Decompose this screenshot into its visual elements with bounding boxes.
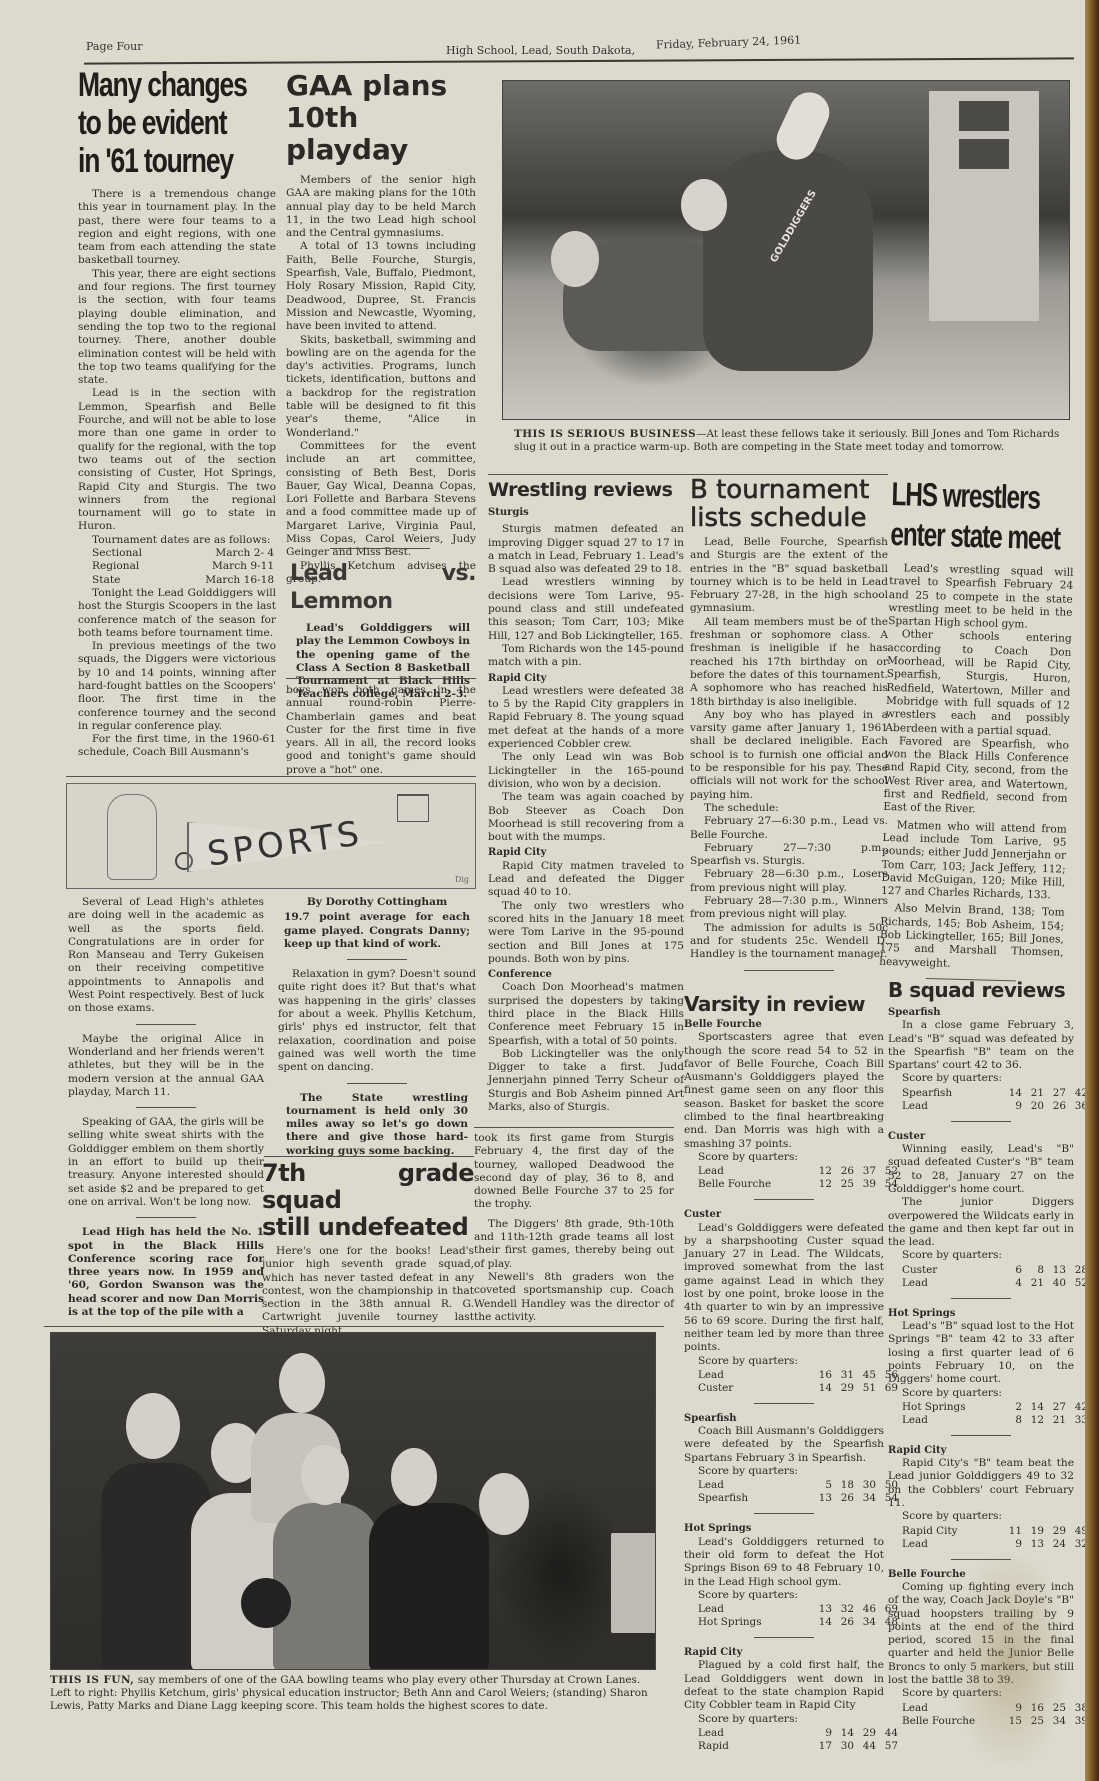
- section-title: Conference: [488, 968, 684, 981]
- q1: 6: [1000, 1264, 1022, 1277]
- team-label: Lead: [902, 1702, 928, 1714]
- game-title: Spearfish: [888, 1006, 1074, 1019]
- q3: 21: [1044, 1414, 1066, 1427]
- paragraph: For the first time, in the 1960-61 sched…: [78, 733, 276, 760]
- table-row: Spearfish14212742: [902, 1087, 1088, 1100]
- paragraph: The schedule:: [690, 802, 888, 815]
- q1: 9: [1000, 1538, 1022, 1551]
- q1: 5: [810, 1479, 832, 1492]
- byline: By Dorothy Cottingham: [278, 896, 476, 909]
- person-face: [479, 1473, 529, 1535]
- paragraph: Sturgis matmen defeated an improving Dig…: [488, 523, 684, 576]
- score-label: Score by quarters:: [684, 1465, 884, 1478]
- gym-door: [929, 91, 1039, 321]
- paragraph: Here's one for the books! Lead's junior …: [262, 1245, 474, 1338]
- paragraph: Rapid City matmen traveled to Lead and d…: [488, 860, 684, 900]
- page-number: Page Four: [86, 40, 143, 53]
- paragraph: 19.7 point average for each game played.…: [278, 909, 476, 951]
- team-name: Lead: [902, 1100, 1000, 1113]
- paragraph: Any boy who has played in a varsity game…: [690, 709, 888, 802]
- q3: 44: [854, 1740, 876, 1753]
- paragraph: In a close game February 3, Lead's "B" s…: [888, 1019, 1074, 1072]
- divider: [951, 1298, 1011, 1299]
- paragraph: Maybe the original Alice in Wonderland a…: [68, 1033, 264, 1099]
- divider: [44, 1326, 664, 1327]
- divider: [474, 1127, 674, 1128]
- q1: 17: [810, 1740, 832, 1753]
- schedule-item: February 28—6:30 p.m., Losers from previ…: [690, 868, 888, 895]
- q2: 32: [832, 1603, 854, 1616]
- article-b-tournament: B tournament lists schedule Lead, Belle …: [690, 476, 888, 979]
- team-name: Lead: [902, 1538, 1000, 1551]
- headline-line: Many changes: [78, 66, 281, 104]
- table-row: Lead16314556: [698, 1369, 898, 1382]
- q4: 57: [876, 1740, 898, 1753]
- team-label: Lead: [698, 1727, 724, 1739]
- paragraph: Newell's 8th graders won the coveted spo…: [474, 1271, 674, 1324]
- paragraph: The admission for adults is 50c and for …: [690, 922, 888, 962]
- paragraph: Lead wrestlers were defeated 38 to 5 by …: [488, 685, 684, 751]
- schedule-item: February 27—6:30 p.m., Lead vs. Belle Fo…: [690, 815, 888, 842]
- team-label: Custer: [902, 1264, 937, 1276]
- headline-b-tournament: B tournament lists schedule: [690, 476, 888, 532]
- divider: [754, 1637, 814, 1638]
- team-name: Belle Fourche: [902, 1715, 1000, 1728]
- sports-column-banner: SPORTS Dig: [66, 783, 476, 889]
- q1: 2: [1000, 1401, 1022, 1414]
- team-name: Lead: [698, 1727, 810, 1740]
- q3: 24: [1044, 1538, 1066, 1551]
- q2: 14: [1022, 1401, 1044, 1414]
- divider: [754, 1403, 814, 1404]
- artist-signature: Dig: [455, 875, 469, 884]
- sports-banner-text: SPORTS: [205, 813, 365, 874]
- q3: 34: [854, 1492, 876, 1505]
- divider: [754, 1199, 814, 1200]
- divider: [136, 1217, 196, 1218]
- q2: 12: [1022, 1414, 1044, 1427]
- table-row: Spearfish13263454: [698, 1492, 898, 1505]
- bowling-photo-caption: THIS IS FUN, say members of one of the G…: [50, 1674, 656, 1713]
- team-label: Lead: [698, 1603, 724, 1615]
- q3: 51: [854, 1382, 876, 1395]
- q2: 29: [832, 1382, 854, 1395]
- headline-seventh-grade: 7th grade squad still undefeated: [262, 1160, 474, 1241]
- q2: 26: [832, 1492, 854, 1505]
- divider: [330, 548, 430, 549]
- table-row: Belle Fourche15253439: [902, 1715, 1088, 1728]
- paragraph: Relaxation in gym? Doesn't sound quite r…: [278, 968, 476, 1074]
- q3: 34: [1044, 1715, 1066, 1728]
- score-table: Custer681328 Lead4214052: [902, 1264, 1088, 1290]
- paragraph: Rapid City's "B" team beat the Lead juni…: [888, 1457, 1074, 1510]
- q2: 14: [832, 1727, 854, 1740]
- paragraph: All team members must be of the freshman…: [690, 616, 888, 709]
- paragraph: took its first game from Sturgis Februar…: [474, 1132, 674, 1212]
- team-name: Rapid: [698, 1740, 810, 1753]
- paragraph: Lead's Golddiggers were defeated by a sh…: [684, 1222, 884, 1355]
- q2: 31: [832, 1369, 854, 1382]
- table-row: Rapid City11192949: [902, 1525, 1088, 1538]
- q3: 25: [1044, 1702, 1066, 1715]
- paragraph: The only two wrestlers who scored hits i…: [488, 900, 684, 966]
- headline-line: 7th grade squad: [262, 1160, 474, 1214]
- wrestling-photo: GOLDDIGGERS: [502, 80, 1070, 420]
- q1: 13: [810, 1492, 832, 1505]
- q3: 29: [854, 1727, 876, 1740]
- table-row: Custer14295169: [698, 1382, 898, 1395]
- wrestler-top: [703, 151, 873, 371]
- headline-b-squad: B squad reviews: [888, 978, 1074, 1002]
- team-name: Lead: [698, 1479, 810, 1492]
- team-name: Lead: [902, 1414, 1000, 1427]
- headline-wrestling: Wrestling reviews: [488, 478, 684, 502]
- team-name: Lead: [698, 1369, 810, 1382]
- score-table: Lead5183050 Spearfish13263454: [698, 1479, 898, 1505]
- q3: 27: [1044, 1401, 1066, 1414]
- article-b-squad-reviews: B squad reviews Spearfish In a close gam…: [888, 978, 1074, 1731]
- headline-line: 10th playday: [286, 102, 476, 166]
- paragraph: Several of Lead High's athletes are doin…: [68, 896, 264, 1016]
- headline-line: still undefeated: [262, 1214, 474, 1241]
- headline-lemmon: Lead vs. Lemmon: [290, 560, 476, 616]
- q1: 8: [1000, 1414, 1022, 1427]
- sports-column-right: By Dorothy Cottingham 19.7 point average…: [278, 896, 476, 1158]
- paragraph: Matmen who will attend from Lead include…: [881, 819, 1067, 904]
- divider: [286, 678, 476, 679]
- score-table: Lead9142944 Rapid17304457: [698, 1727, 898, 1753]
- headline-line: to be evident: [78, 104, 281, 142]
- article-lhs-wrestlers: LHS wrestlers enter state meet Lead's wr…: [879, 474, 1076, 991]
- team-label: Hot Springs: [902, 1401, 966, 1413]
- q1: 14: [1000, 1087, 1022, 1100]
- q1: 14: [810, 1616, 832, 1629]
- divider: [744, 970, 834, 971]
- article-wrestling-reviews: Wrestling reviews Sturgis Sturgis matmen…: [488, 478, 684, 1114]
- paragraph: Lead, Belle Fourche, Spearfish and Sturg…: [690, 536, 888, 616]
- score-table: Lead9162538 Belle Fourche15253439: [902, 1702, 1088, 1728]
- table-row: Lead4214052: [902, 1277, 1088, 1290]
- q3: 30: [854, 1479, 876, 1492]
- table-row: Lead9162538: [902, 1702, 1088, 1715]
- paragraph: The Diggers' 8th grade, 9th-10th and 11t…: [474, 1218, 674, 1271]
- headline-line: enter state meet: [890, 514, 1076, 559]
- table-row: Lead12263752: [698, 1165, 898, 1178]
- wrestling-photo-caption: THIS IS SERIOUS BUSINESS—At least these …: [514, 428, 1070, 454]
- paragraph: Speaking of GAA, the girls will be selli…: [68, 1116, 264, 1209]
- q3: 40: [1044, 1277, 1066, 1290]
- person: [369, 1503, 489, 1670]
- score-label: Score by quarters:: [888, 1387, 1074, 1400]
- paragraph: Skits, basketball, swimming and bowling …: [286, 334, 476, 440]
- score-label: Score by quarters:: [888, 1072, 1074, 1085]
- score-label: Score by quarters:: [684, 1713, 884, 1726]
- paragraph: Winning easily, Lead's "B" squad defeate…: [888, 1143, 1074, 1196]
- team-label: Lead: [902, 1277, 928, 1289]
- team-label: Lead: [902, 1100, 928, 1112]
- q1: 11: [1000, 1525, 1022, 1538]
- paragraph: In previous meetings of the two squads, …: [78, 640, 276, 733]
- q2: 25: [832, 1178, 854, 1191]
- paragraph: Lead wrestlers winning by decisions were…: [488, 576, 684, 642]
- table-row: Custer681328: [902, 1264, 1088, 1277]
- headline-lhs-wrestlers: LHS wrestlers enter state meet: [890, 474, 1077, 559]
- q1: 12: [810, 1178, 832, 1191]
- round-name: Sectional: [92, 547, 169, 560]
- person-face: [279, 1353, 325, 1413]
- table-row: Lead9202636: [902, 1100, 1088, 1113]
- q2: 25: [1022, 1715, 1044, 1728]
- person: [273, 1503, 379, 1670]
- q2: 26: [832, 1616, 854, 1629]
- wrestler-head: [551, 231, 599, 287]
- section-title: Rapid City: [488, 672, 684, 685]
- score-label: Score by quarters:: [888, 1687, 1074, 1700]
- team-name: Spearfish: [902, 1087, 1000, 1100]
- headline-gaa: GAA plans 10th playday: [286, 70, 476, 166]
- team-name: Lead: [698, 1165, 810, 1178]
- paragraph: The team was again coached by Bob Steeve…: [488, 791, 684, 844]
- q2: 26: [832, 1165, 854, 1178]
- book-binding: [1085, 0, 1099, 1781]
- schedule-item: February 28—7:30 p.m., Winners from prev…: [690, 895, 888, 922]
- table-row: Belle Fourche12253954: [698, 1178, 898, 1191]
- score-table-object: [611, 1533, 656, 1633]
- q3: 26: [1044, 1100, 1066, 1113]
- q1: 9: [1000, 1702, 1022, 1715]
- score-table: Rapid City11192949 Lead9132432: [902, 1525, 1088, 1551]
- wrestler-head: [681, 179, 727, 231]
- q1: 9: [810, 1727, 832, 1740]
- team-label: Hot Springs: [698, 1616, 762, 1628]
- article-seventh-grade: 7th grade squad still undefeated Here's …: [262, 1160, 474, 1351]
- paragraph: Coming up fighting every inch of the way…: [888, 1581, 1074, 1687]
- team-name: Lead: [698, 1603, 810, 1616]
- table-row: RegionalMarch 9-11: [92, 560, 274, 573]
- team-label: Lead: [902, 1538, 928, 1550]
- team-label: Belle Fourche: [698, 1178, 771, 1190]
- table-row: Hot Springs2142742: [902, 1401, 1088, 1414]
- paragraph: Tom Richards won the 145-pound match wit…: [488, 643, 684, 670]
- round-date: March 2- 4: [169, 547, 275, 560]
- paragraph: Lead's "B" squad lost to the Hot Springs…: [888, 1320, 1074, 1386]
- divider: [264, 1156, 474, 1157]
- basketball-hoop-icon: [397, 794, 429, 822]
- table-row: Lead13324669: [698, 1603, 898, 1616]
- school-location: High School, Lead, South Dakota,: [446, 44, 635, 57]
- paragraph: Favored are Spearfish, who won the Black…: [883, 735, 1069, 820]
- headline-line: GAA plans: [286, 70, 476, 102]
- score-label: Score by quarters:: [684, 1589, 884, 1602]
- round-name: Regional: [92, 560, 169, 573]
- paragraph: Tournament dates are as follows:: [78, 534, 276, 547]
- team-name: Rapid City: [902, 1525, 1000, 1538]
- headline-tourney: Many changes to be evident in '61 tourne…: [78, 66, 281, 180]
- headline-line: lists schedule: [690, 504, 888, 532]
- q2: 19: [1022, 1525, 1044, 1538]
- game-title: Hot Springs: [684, 1522, 884, 1535]
- q1: 12: [810, 1165, 832, 1178]
- divider: [136, 1024, 196, 1025]
- person-face: [126, 1393, 180, 1459]
- tourney-dates-table: SectionalMarch 2- 4 RegionalMarch 9-11 S…: [92, 547, 274, 587]
- q2: 21: [1022, 1087, 1044, 1100]
- team-name: Spearfish: [698, 1492, 810, 1505]
- paragraph: Lead's wrestling squad will travel to Sp…: [888, 562, 1074, 633]
- section-title: Rapid City: [488, 846, 684, 859]
- paragraph: The junior Diggers overpowered the Wildc…: [888, 1196, 1074, 1249]
- score-label: Score by quarters:: [684, 1151, 884, 1164]
- q2: 21: [1022, 1277, 1044, 1290]
- q3: 45: [854, 1369, 876, 1382]
- paragraph: Committees for the event include an art …: [286, 440, 476, 560]
- article-varsity-review: Varsity in review Belle Fourche Sportsca…: [684, 992, 884, 1756]
- round-date: March 16-18: [169, 574, 275, 587]
- q2: 20: [1022, 1100, 1044, 1113]
- team-label: Rapid: [698, 1740, 729, 1752]
- team-name: Hot Springs: [698, 1616, 810, 1629]
- team-name: Lead: [902, 1702, 1000, 1715]
- q1: 9: [1000, 1100, 1022, 1113]
- paragraph: Lead High has held the No. 1 spot in the…: [68, 1226, 264, 1319]
- round-name: State: [92, 574, 169, 587]
- table-row: Lead9132432: [902, 1538, 1088, 1551]
- game-title: Rapid City: [888, 1444, 1074, 1457]
- q3: 34: [854, 1616, 876, 1629]
- q1: 14: [810, 1382, 832, 1395]
- paragraph: Plagued by a cold first half, the Lead G…: [684, 1659, 884, 1712]
- q3: 37: [854, 1165, 876, 1178]
- q1: 16: [810, 1369, 832, 1382]
- team-label: Lead: [698, 1165, 724, 1177]
- table-row: Lead5183050: [698, 1479, 898, 1492]
- team-name: Hot Springs: [902, 1401, 1000, 1414]
- paragraph: Coach Don Moorhead's matmen surprised th…: [488, 981, 684, 1047]
- paragraph: Other schools entering according to Coac…: [885, 628, 1072, 739]
- divider: [951, 1435, 1011, 1436]
- q3: 27: [1044, 1087, 1066, 1100]
- basketball-player-drawing: [107, 794, 157, 880]
- divider: [347, 959, 407, 960]
- q3: 13: [1044, 1264, 1066, 1277]
- sports-column-left: Several of Lead High's athletes are doin…: [68, 896, 264, 1319]
- score-label: Score by quarters:: [888, 1249, 1074, 1262]
- caption-lead: THIS IS SERIOUS BUSINESS: [514, 428, 696, 440]
- table-row: Rapid17304457: [698, 1740, 898, 1753]
- caption-lead: THIS IS FUN,: [50, 1674, 134, 1686]
- table-row: Lead9142944: [698, 1727, 898, 1740]
- q1: 13: [810, 1603, 832, 1616]
- divider: [66, 776, 476, 777]
- game-title: Hot Springs: [888, 1307, 1074, 1320]
- q1: 15: [1000, 1715, 1022, 1728]
- score-table: Lead16314556 Custer14295169: [698, 1369, 898, 1395]
- game-title: Custer: [888, 1130, 1074, 1143]
- q2: 16: [1022, 1702, 1044, 1715]
- game-title: Belle Fourche: [684, 1018, 884, 1031]
- q3: 29: [1044, 1525, 1066, 1538]
- paragraph: boys won both games in the annual round-…: [286, 684, 476, 777]
- score-table: Lead12263752 Belle Fourche12253954: [698, 1165, 898, 1191]
- article-lemmon: Lead vs. Lemmon Lead's Golddiggers will …: [290, 560, 476, 702]
- score-table: Spearfish14212742 Lead9202636: [902, 1087, 1088, 1113]
- headline-line: in '61 tourney: [78, 142, 281, 180]
- team-name: Lead: [902, 1277, 1000, 1290]
- paragraph: Coach Bill Ausmann's Golddiggers were de…: [684, 1425, 884, 1465]
- paragraph: The only Lead win was Bob Lickingteller …: [488, 751, 684, 791]
- article-gaa: GAA plans 10th playday Members of the se…: [286, 70, 476, 586]
- team-label: Spearfish: [698, 1492, 748, 1504]
- schedule-item: February 27—7:30 p.m., Spearfish vs. Stu…: [690, 842, 888, 869]
- headline-line: LHS wrestlers: [891, 474, 1077, 519]
- q1: 4: [1000, 1277, 1022, 1290]
- team-name: Custer: [698, 1382, 810, 1395]
- paragraph: Lead's Golddiggers returned to their old…: [684, 1536, 884, 1589]
- section-title: Sturgis: [488, 506, 684, 519]
- team-label: Lead: [698, 1479, 724, 1491]
- divider: [951, 1559, 1011, 1560]
- score-table: Lead13324669 Hot Springs14263448: [698, 1603, 898, 1629]
- article-tourney-continued: boys won both games in the annual round-…: [286, 684, 476, 777]
- q3: 46: [854, 1603, 876, 1616]
- team-name: Custer: [902, 1264, 1000, 1277]
- table-row: SectionalMarch 2- 4: [92, 547, 274, 560]
- game-title: Custer: [684, 1208, 884, 1221]
- game-title: Belle Fourche: [888, 1568, 1074, 1581]
- q2: 30: [832, 1740, 854, 1753]
- paragraph: Tonight the Lead Golddiggers will host t…: [78, 587, 276, 640]
- person-face: [301, 1445, 349, 1505]
- game-title: Spearfish: [684, 1412, 884, 1425]
- team-label: Belle Fourche: [902, 1715, 975, 1727]
- newspaper-page: Page Four High School, Lead, South Dakot…: [0, 0, 1085, 1781]
- divider: [951, 1121, 1011, 1122]
- q2: 18: [832, 1479, 854, 1492]
- table-row: Hot Springs14263448: [698, 1616, 898, 1629]
- round-date: March 9-11: [169, 560, 275, 573]
- caption-text: say members of one of the GAA bowling te…: [50, 1674, 648, 1712]
- article-seventh-grade-continued: took its first game from Sturgis Februar…: [474, 1132, 674, 1324]
- q3: 39: [854, 1178, 876, 1191]
- paragraph: There is a tremendous change this year i…: [78, 188, 276, 268]
- team-label: Lead: [698, 1369, 724, 1381]
- paragraph: Lead is in the section with Lemmon, Spea…: [78, 387, 276, 533]
- paragraph: Members of the senior high GAA are makin…: [286, 174, 476, 240]
- divider: [754, 1513, 814, 1514]
- divider: [347, 1083, 407, 1084]
- q2: 13: [1022, 1538, 1044, 1551]
- table-row: Lead8122133: [902, 1414, 1088, 1427]
- person-face: [391, 1448, 437, 1506]
- headline-varsity: Varsity in review: [684, 992, 884, 1016]
- team-label: Lead: [902, 1414, 928, 1426]
- team-name: Belle Fourche: [698, 1178, 810, 1191]
- team-label: Rapid City: [902, 1525, 958, 1537]
- bowling-ball-icon: [241, 1578, 291, 1628]
- article-tourney: Many changes to be evident in '61 tourne…: [78, 66, 276, 760]
- issue-date: Friday, February 24, 1961: [656, 33, 802, 51]
- paragraph: Sportscasters agree that even though the…: [684, 1031, 884, 1151]
- score-table: Hot Springs2142742 Lead8122133: [902, 1401, 1088, 1427]
- paragraph: This year, there are eight sections and …: [78, 268, 276, 388]
- paragraph: The State wrestling tournament is held o…: [278, 1092, 476, 1158]
- team-label: Custer: [698, 1382, 733, 1394]
- score-label: Score by quarters:: [684, 1355, 884, 1368]
- divider: [136, 1107, 196, 1108]
- score-label: Score by quarters:: [888, 1510, 1074, 1523]
- team-label: Spearfish: [902, 1087, 952, 1099]
- q2: 8: [1022, 1264, 1044, 1277]
